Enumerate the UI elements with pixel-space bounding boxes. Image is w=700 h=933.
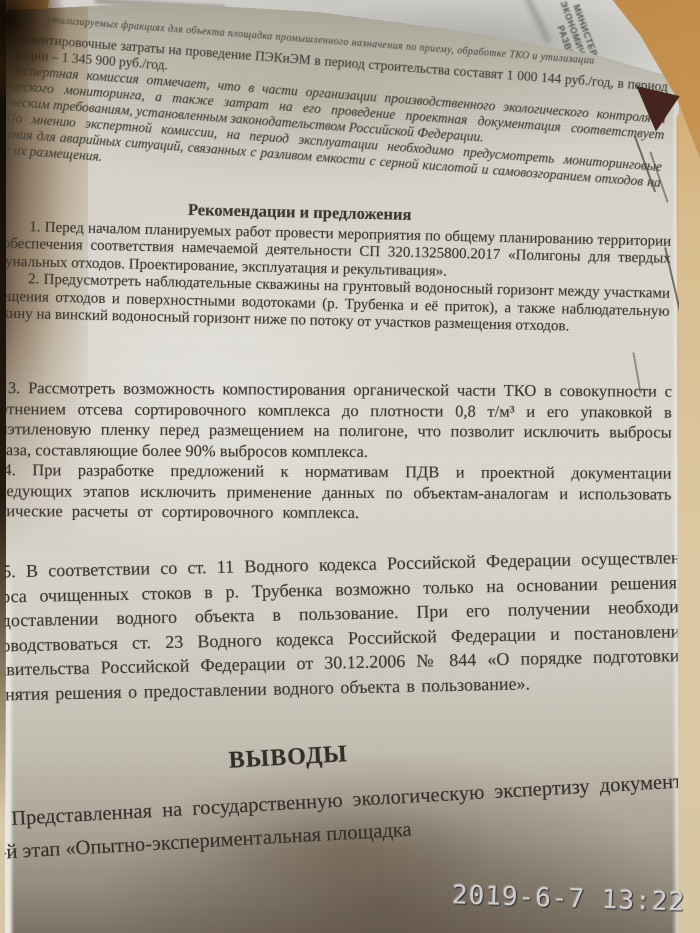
recommendation-item-3: 3. Рассмотреть возможность компостирован… — [0, 378, 672, 464]
recommendation-item-5: 5. В соответствии со ст. 11 Водного коде… — [0, 545, 700, 707]
recommendations-group: Рекомендации и предложения 1. Перед нача… — [0, 196, 672, 338]
photo-corner-shadow — [0, 0, 78, 120]
conclusions-group: ВЫВОДЫ Представленная на государственную… — [0, 723, 677, 871]
recommendations-group-3: 5. В соответствии со ст. 11 Водного коде… — [0, 545, 700, 707]
document-photo: МИНИСТЕРСТВО ЭКОНОМИЧЕСКОГО РАЗВИТИЯ ути… — [0, 0, 700, 933]
photo-left-edge — [0, 0, 6, 821]
document-text: утилизируемых фракциях для объекта площа… — [0, 0, 700, 933]
document-page: утилизируемых фракциях для объекта площа… — [0, 0, 700, 933]
recommendations-group-2: 3. Рассмотреть возможность компостирован… — [0, 378, 672, 525]
recommendation-item-4: 4. При разработке предложений к норматив… — [0, 460, 672, 525]
